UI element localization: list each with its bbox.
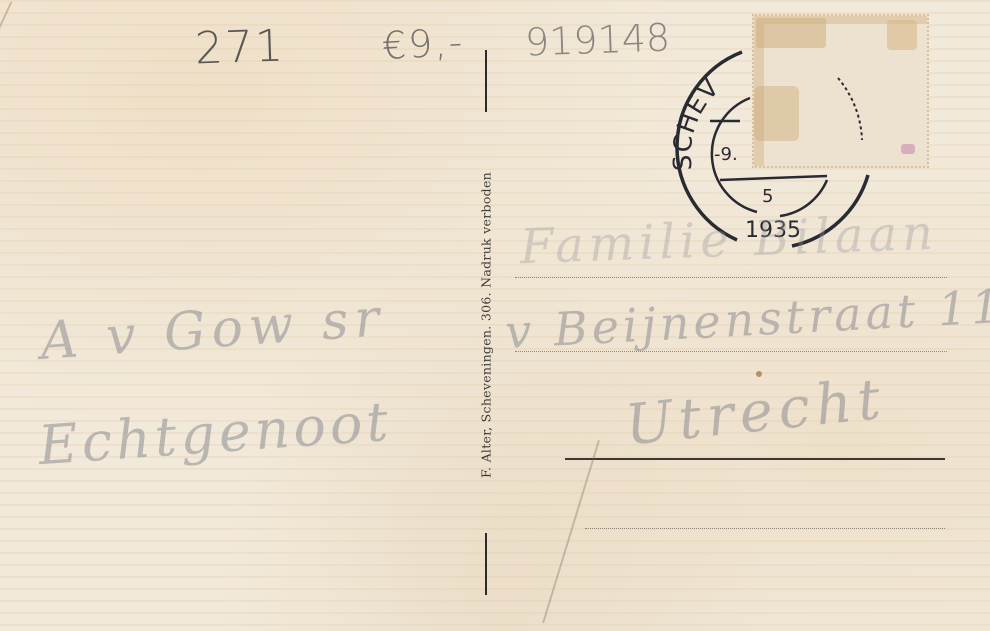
pencil-price: €9,-: [381, 20, 465, 68]
pencil-reference: 919148: [524, 15, 671, 64]
address-dotted-line-3: [585, 528, 945, 529]
postmark-month: 5: [762, 186, 773, 207]
ink-trace: [901, 144, 915, 154]
center-divider-top: [485, 50, 487, 112]
glue-stain: [887, 20, 917, 50]
address-line-3: Utrecht: [622, 367, 889, 459]
message-line-2: Echtgenoot: [36, 390, 394, 478]
center-divider-bottom: [485, 533, 487, 595]
postcard-back: 271 €9,- 919148 F. Alter, Scheveningen. …: [0, 0, 990, 631]
address-solid-line: [565, 458, 945, 460]
publisher-imprint: F. Alter, Scheveningen. 306. Nadruk verb…: [479, 172, 494, 478]
address-line-1: Familie Bilaan: [519, 205, 939, 276]
pencil-inventory-number: 271: [194, 20, 286, 74]
corner-crease: [0, 1, 12, 38]
paper-crease: [542, 440, 600, 623]
address-dotted-line-2: [515, 351, 947, 352]
postmark-day: -9.: [714, 144, 738, 165]
address-dotted-line-1: [515, 277, 947, 278]
address-line-2: v Beijnenstraat 11: [504, 279, 990, 359]
message-line-1: A v Gow sr: [38, 288, 387, 372]
stain-speck: [756, 371, 762, 377]
